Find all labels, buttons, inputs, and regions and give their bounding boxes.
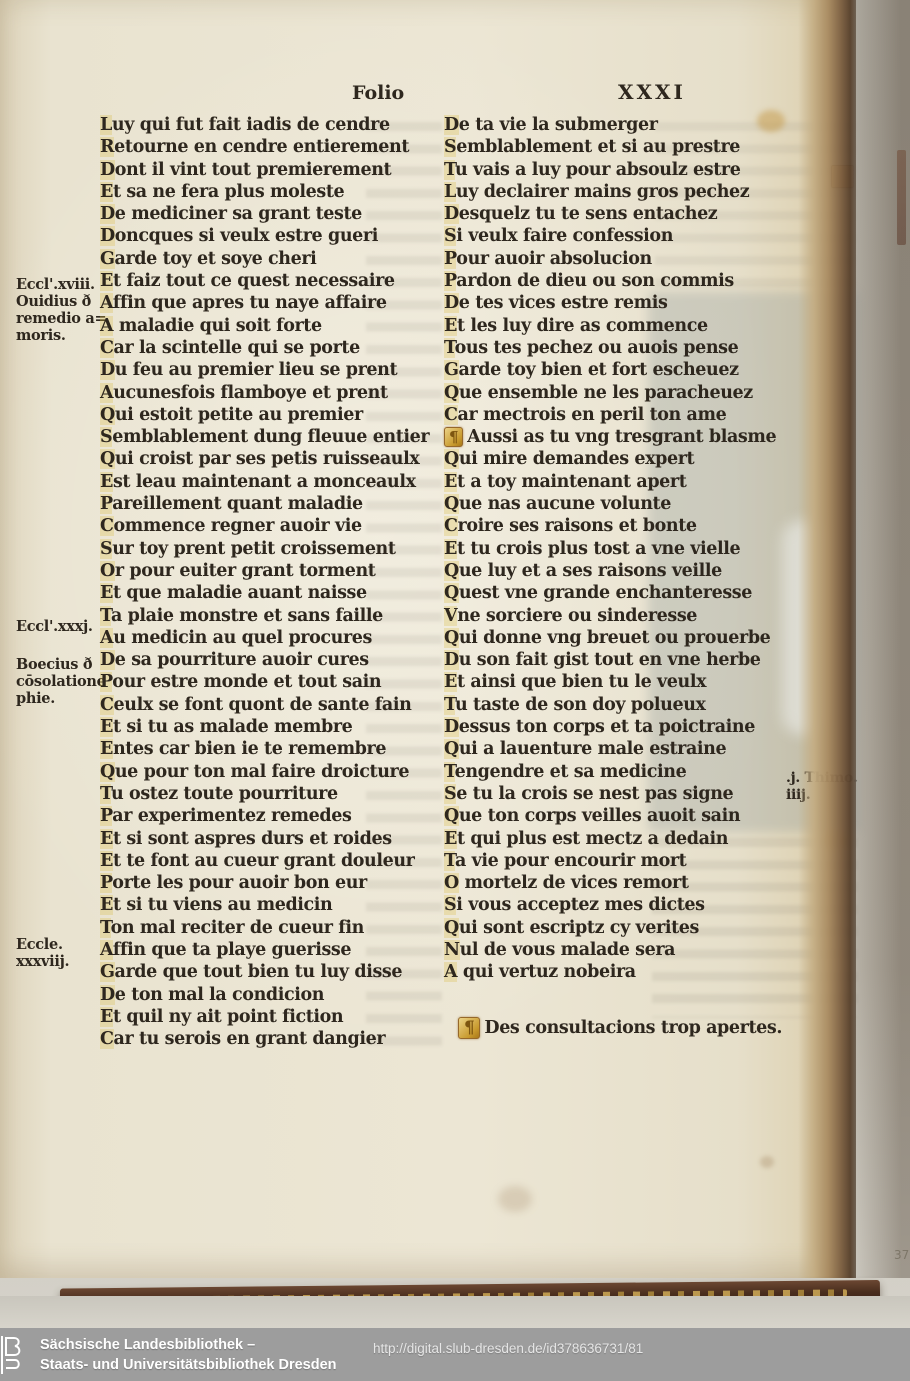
verse-line: Porte les pour auoir bon eur — [100, 872, 435, 894]
verse-line: Luy qui fut fait iadis de cendre — [100, 114, 435, 136]
verse-line: Car tu serois en grant dangier — [100, 1028, 435, 1050]
verse-line: Et si tu as malade membre — [100, 716, 435, 738]
verse-line: Desquelz tu te sens entachez — [444, 203, 789, 225]
verse-line: Quest vne grande enchanteresse — [444, 582, 789, 604]
verse-line: Semblablement dung fleuue entier — [100, 426, 435, 448]
slub-logo-icon — [0, 1334, 32, 1376]
verse-line: Affin que apres tu naye affaire — [100, 292, 435, 314]
margin-note-line: xxxviij. — [16, 953, 69, 970]
margin-note-boecius: Boecius ðcōsolationephie. — [16, 656, 106, 707]
verse-line: Qui estoit petite au premier — [100, 404, 435, 426]
section-heading: ¶Des consultacions trop apertes. — [458, 1016, 782, 1040]
verse-line: Ton mal reciter de cueur fin — [100, 917, 435, 939]
verse-line: Garde que tout bien tu luy disse — [100, 961, 435, 983]
verse-line: Pour estre monde et tout sain — [100, 671, 435, 693]
verse-line: Qui donne vng breuet ou prouerbe — [444, 627, 789, 649]
backdrop-cloth — [0, 1296, 910, 1330]
verse-line: Que luy et a ses raisons veille — [444, 560, 789, 582]
verse-line: A maladie qui soit forte — [100, 315, 435, 337]
folio-label: Folio — [352, 82, 404, 104]
edge-mark — [897, 150, 906, 245]
verse-line: Pour auoir absolucion — [444, 248, 789, 270]
verse-line: Nul de vous malade sera — [444, 939, 789, 961]
verse-line: De ta vie la submerger — [444, 114, 789, 136]
section-heading-line: ¶Des consultacions trop apertes. — [458, 1016, 782, 1040]
verse-line: Semblablement et si au prestre — [444, 136, 789, 158]
verse-line: A qui vertuz nobeira — [444, 961, 789, 983]
margin-note-eccl-xxxi: Eccl'.xxxj. — [16, 618, 93, 635]
verse-line: Tous tes pechez ou auois pense — [444, 337, 789, 359]
verse-line: Et faiz tout ce quest necessaire — [100, 270, 435, 292]
verse-line: Garde toy et soye cheri — [100, 248, 435, 270]
paper-stain — [760, 1156, 774, 1168]
verse-line: Du feu au premier lieu se prent — [100, 359, 435, 381]
verse-line: Ta vie pour encourir mort — [444, 850, 789, 872]
verse-line: Croire ses raisons et bonte — [444, 515, 789, 537]
verse-line: Du son fait gist tout en vne herbe — [444, 649, 789, 671]
margin-note-line: Eccl'.xviii. — [16, 276, 106, 293]
margin-note-line: Boecius ð — [16, 656, 106, 673]
margin-note-line: Ouidius ð — [16, 293, 106, 310]
margin-note-line: Eccl'.xxxj. — [16, 618, 93, 635]
footer-url: http://digital.slub-dresden.de/id3786367… — [373, 1341, 643, 1356]
verse-line: Qui croist par ses petis ruisseaulx — [100, 448, 435, 470]
paper-stain — [498, 1186, 532, 1212]
verse-line: Garde toy bien et fort escheuez — [444, 359, 789, 381]
verse-column-left: Luy qui fut fait iadis de cendreRetourne… — [100, 114, 435, 1050]
verse-line: Et ainsi que bien tu le veulx — [444, 671, 789, 693]
verse-line: Que ton corps veilles auoit sain — [444, 805, 789, 827]
verse-line: Tengendre et sa medicine — [444, 761, 789, 783]
verse-line: Retourne en cendre entierement — [100, 136, 435, 158]
verse-line: Vne sorciere ou sinderesse — [444, 605, 789, 627]
verse-line: De sa pourriture auoir cures — [100, 649, 435, 671]
verse-line: Car la scintelle qui se porte — [100, 337, 435, 359]
verse-line: O mortelz de vices remort — [444, 872, 789, 894]
book-page: Folio XXXI Eccl'.xviii.Ouidius ðremedio … — [0, 0, 856, 1278]
verse-line: Et te font au cueur grant douleur — [100, 850, 435, 872]
verse-line: ¶Aussi as tu vng tresgrant blasme — [444, 426, 789, 448]
verse-line: Et si tu viens au medicin — [100, 894, 435, 916]
verse-line: Car mectrois en peril ton ame — [444, 404, 789, 426]
verse-line: Pardon de dieu ou son commis — [444, 270, 789, 292]
verse-line: De tes vices estre remis — [444, 292, 789, 314]
verse-line: Et sa ne fera plus moleste — [100, 181, 435, 203]
verse-line: Luy declairer mains gros pechez — [444, 181, 789, 203]
verse-line: Et qui plus est mectz a dedain — [444, 828, 789, 850]
library-name: Sächsische Landesbibliothek – Staats- un… — [40, 1335, 337, 1375]
verse-line: Se tu la crois se nest pas signe — [444, 783, 789, 805]
verse-line: Pareillement quant maladie — [100, 493, 435, 515]
verse-line: Commence regner auoir vie — [100, 515, 435, 537]
verse-line: Or pour euiter grant torment — [100, 560, 435, 582]
verse-line: Qui mire demandes expert — [444, 448, 789, 470]
verse-line: Aucunesfois flamboye et prent — [100, 382, 435, 404]
margin-note-eccl-xviii: Eccl'.xviii.Ouidius ðremedio a=moris. — [16, 276, 106, 344]
book-fore-edge — [798, 0, 856, 1278]
verse-line: Et que maladie auant naisse — [100, 582, 435, 604]
verse-line: Tu vais a luy pour absoulz estre — [444, 159, 789, 181]
illuminated-paragraph-mark: ¶ — [458, 1017, 480, 1039]
verse-line: Est leau maintenant a monceaulx — [100, 471, 435, 493]
verse-line: Et les luy dire as commence — [444, 315, 789, 337]
verse-line: Que pour ton mal faire droicture — [100, 761, 435, 783]
verse-line: Sur toy prent petit croissement — [100, 538, 435, 560]
verse-line: Et tu crois plus tost a vne vielle — [444, 538, 789, 560]
illuminated-paragraph-mark: ¶ — [444, 427, 463, 447]
verse-line: Entes car bien ie te remembre — [100, 738, 435, 760]
footer-bar: Sächsische Landesbibliothek – Staats- un… — [0, 1328, 910, 1381]
verse-column-right: De ta vie la submergerSemblablement et s… — [444, 114, 789, 984]
verse-line: Si vous acceptez mes dictes — [444, 894, 789, 916]
scan-sheet-number: 37 — [894, 1248, 909, 1262]
verse-line: Que nas aucune volunte — [444, 493, 789, 515]
verse-line: Et si sont aspres durs et roides — [100, 828, 435, 850]
verse-line: Et quil ny ait point fiction — [100, 1006, 435, 1028]
margin-note-line: cōsolatione — [16, 673, 106, 690]
verse-line: Doncques si veulx estre gueri — [100, 225, 435, 247]
library-name-line1: Sächsische Landesbibliothek – — [40, 1335, 337, 1355]
verse-line: De mediciner sa grant teste — [100, 203, 435, 225]
verse-line: De ton mal la condicion — [100, 984, 435, 1006]
margin-note-line: remedio a= — [16, 310, 106, 327]
verse-line: Qui sont escriptz cy verites — [444, 917, 789, 939]
margin-note-line: Eccle. — [16, 936, 69, 953]
margin-note-eccle-xxxviii: Eccle.xxxviij. — [16, 936, 69, 970]
library-name-line2: Staats- und Universitätsbibliothek Dresd… — [40, 1355, 337, 1375]
margin-note-line: phie. — [16, 690, 106, 707]
verse-line: Si veulx faire confession — [444, 225, 789, 247]
verse-line: Ceulx se font quont de sante fain — [100, 694, 435, 716]
verse-line: Tu ostez toute pourriture — [100, 783, 435, 805]
verse-line: Que ensemble ne les paracheuez — [444, 382, 789, 404]
verse-line: Au medicin au quel procures — [100, 627, 435, 649]
verse-line: Tu taste de son doy polueux — [444, 694, 789, 716]
margin-note-line: moris. — [16, 327, 106, 344]
verse-line: Dont il vint tout premierement — [100, 159, 435, 181]
verse-line: Par experimentez remedes — [100, 805, 435, 827]
verse-line: Ta plaie monstre et sans faille — [100, 605, 435, 627]
scan-viewport: Folio XXXI Eccl'.xviii.Ouidius ðremedio … — [0, 0, 910, 1381]
verse-line: Dessus ton corps et ta poictraine — [444, 716, 789, 738]
verse-line: Affin que ta playe guerisse — [100, 939, 435, 961]
verse-line: Qui a lauenture male estraine — [444, 738, 789, 760]
verse-line: Et a toy maintenant apert — [444, 471, 789, 493]
folio-number: XXXI — [618, 80, 686, 104]
